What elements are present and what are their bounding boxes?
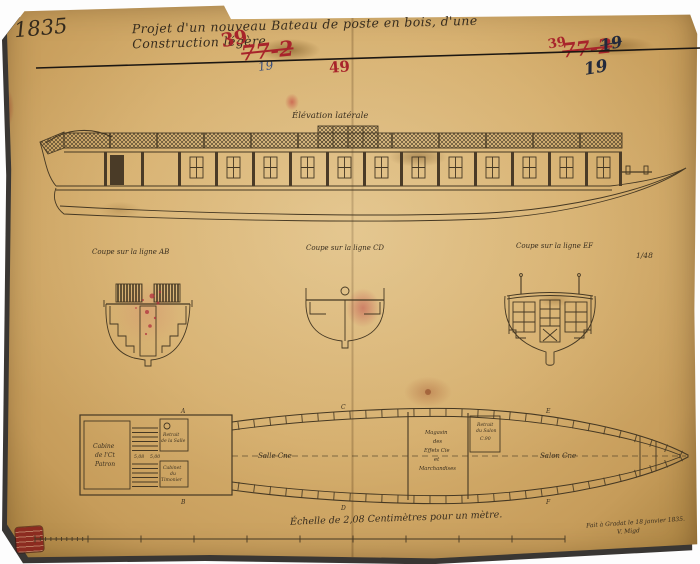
svg-text:du: du	[170, 471, 176, 477]
svg-text:Cabinet: Cabinet	[163, 465, 181, 471]
svg-text:E: E	[545, 408, 551, 415]
svg-text:du Salon: du Salon	[476, 428, 496, 434]
side-elevation-drawing: Élévation latérale	[40, 109, 686, 221]
svg-text:C: C	[341, 404, 346, 411]
svg-text:Cabine: Cabine	[93, 443, 115, 450]
svg-text:Patron: Patron	[94, 461, 115, 468]
svg-text:5,00: 5,00	[150, 454, 160, 460]
svg-text:B: B	[180, 499, 186, 506]
section-ab-label: Coupe sur la ligne AB	[92, 248, 169, 256]
section-ab-drawing: Coupe sur la ligne AB	[92, 248, 192, 366]
elevation-label: Élévation latérale	[291, 109, 368, 121]
section-ef-label: Coupe sur la ligne EF	[516, 242, 594, 250]
svg-text:Retrait: Retrait	[476, 422, 493, 428]
svg-text:Timonier: Timonier	[161, 477, 183, 483]
deck-plan-drawing	[80, 389, 688, 504]
svg-text:C.90: C.90	[480, 436, 491, 442]
svg-text:Salon Cne: Salon Cne	[540, 452, 576, 460]
title-rule-line	[36, 48, 700, 68]
svg-text:D: D	[340, 505, 346, 512]
section-ef-drawing: Coupe sur la ligne EF 1/48	[505, 242, 653, 365]
scale-bar	[35, 536, 565, 543]
svg-text:Marchandises: Marchandises	[418, 466, 456, 472]
scanned-drawing-sheet: 1835 Projet d'un nouveau Bateau de poste…	[0, 0, 700, 564]
svg-text:Retrait: Retrait	[162, 432, 179, 438]
svg-text:de la Salle: de la Salle	[161, 438, 186, 444]
svg-text:5,08: 5,08	[134, 454, 144, 460]
svg-text:Magasin: Magasin	[424, 430, 447, 436]
section-cd-label: Coupe sur la ligne CD	[306, 244, 384, 252]
svg-text:de l'Ct: de l'Ct	[95, 452, 115, 459]
scale-fraction: 1/48	[636, 251, 653, 260]
svg-text:F: F	[545, 499, 551, 506]
svg-text:des: des	[433, 439, 442, 445]
technical-drawing-layer: Élévation latérale	[0, 0, 700, 564]
section-cd-drawing: Coupe sur la ligne CD	[306, 244, 384, 348]
svg-text:A: A	[180, 408, 186, 415]
svg-text:et: et	[434, 457, 440, 463]
svg-text:Salle Cne: Salle Cne	[258, 452, 292, 460]
svg-text:Effets Cie: Effets Cie	[423, 448, 450, 454]
